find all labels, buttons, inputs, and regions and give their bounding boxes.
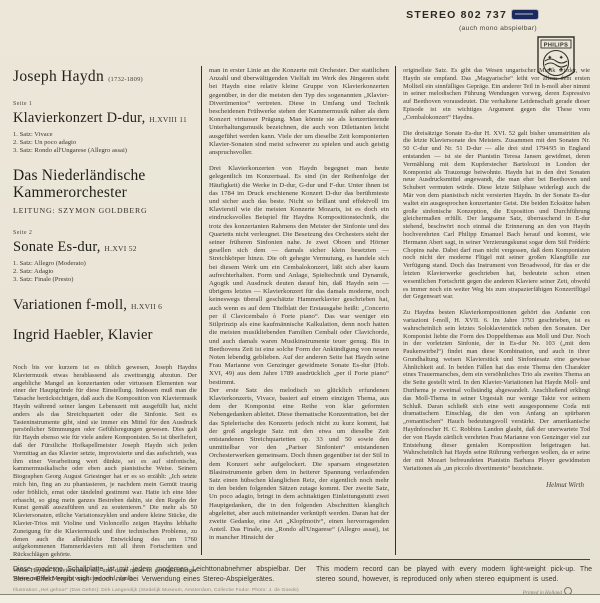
- sleeve-bottom-edge: [0, 594, 600, 603]
- movement-line: 2. Satz: Un poco adagio: [13, 139, 197, 147]
- work2-hoboken-number: H.XVI 52: [104, 244, 136, 253]
- composer-years: (1732-1809): [108, 76, 143, 83]
- work2-title: Sonate Es-dur, H.XVI 52: [13, 239, 197, 256]
- column-divider-right: [395, 66, 396, 555]
- liner-notes-paragraph: Die dreisätzige Sonate Es-dur H. XVI. 52…: [403, 130, 590, 302]
- movement-line: 3. Satz: Finale (Presto): [13, 276, 197, 284]
- liner-notes-paragraph: Der erste Satz des melodisch so glücklic…: [209, 387, 389, 543]
- liner-notes-paragraph: originellste Satz. Es gibt das Wesen ung…: [403, 67, 590, 122]
- svg-text:PHILIPS: PHILIPS: [544, 42, 569, 48]
- middle-column: man in erster Linie an die Konzerte mit …: [209, 67, 389, 543]
- mono-playable-note: (auch mono abspielbar): [459, 25, 537, 32]
- side2-label: Seite 2: [13, 230, 197, 236]
- composer-name: Joseph Haydn (1732-1809): [13, 68, 197, 86]
- column-divider-left: [201, 66, 202, 555]
- performer-credit: Ingrid Haebler, Klavier: [13, 327, 197, 344]
- footer-note-german: Diese moderne Schallplatte ist mit jedem…: [13, 565, 306, 585]
- movement-line: 1. Satz: Allegro (Moderato): [13, 260, 197, 268]
- movement-line: 1. Satz: Vivace: [13, 131, 197, 139]
- movement-line: 2. Satz: Adagio: [13, 268, 197, 276]
- stereo-trademark-icon: [512, 10, 538, 19]
- conductor-credit: LEITUNG: SZYMON GOLDBERG: [13, 206, 197, 215]
- liner-notes-paragraph: Noch bis vor kurzem ist es üblich gewese…: [13, 364, 197, 559]
- footer-note-english: This modern record can be played with ev…: [316, 565, 592, 585]
- side1-label: Seite 1: [13, 101, 197, 107]
- work2-movements: 1. Satz: Allegro (Moderato) 2. Satz: Ada…: [13, 260, 197, 284]
- work3-hoboken-number: H.XVII 6: [131, 302, 162, 311]
- movement-line: 3. Satz: Rondo all'Ungarese (Allegro ass…: [13, 147, 197, 155]
- work1-hoboken-number: H.XVIII 11: [149, 115, 187, 124]
- liner-notes-paragraph: man in erster Linie an die Konzerte mit …: [209, 67, 389, 157]
- liner-notes-paragraph: Drei Klavierkonzerten von Haydn begegnet…: [209, 165, 389, 386]
- work3-title: Variationen f-moll, H.XVII 6: [13, 297, 197, 314]
- liner-notes-paragraph: Zu Haydns besten Klavierkompositionen ge…: [403, 309, 590, 473]
- footer-divider: [10, 559, 590, 560]
- work1-title: Klavierkonzert D-dur, H.XVIII 11: [13, 110, 197, 127]
- ensemble-name: Das Niederländische Kammerorchester: [13, 167, 197, 201]
- record-sleeve-back: STEREO 802 737 (auch mono abspielbar) PH…: [0, 0, 600, 603]
- catalog-number: STEREO 802 737: [406, 9, 538, 21]
- illustration-credits: Illustration „Het gehoor“ (Das Gehör): D…: [13, 588, 299, 593]
- author-signature: Helmut Wirth: [403, 481, 590, 489]
- work1-movements: 1. Satz: Vivace 2. Satz: Un poco adagio …: [13, 131, 197, 155]
- right-column: originellste Satz. Es gibt das Wesen ung…: [403, 67, 590, 489]
- catalog-number-text: STEREO 802 737: [406, 9, 507, 21]
- left-column: Joseph Haydn (1732-1809) Seite 1 Klavier…: [13, 68, 197, 583]
